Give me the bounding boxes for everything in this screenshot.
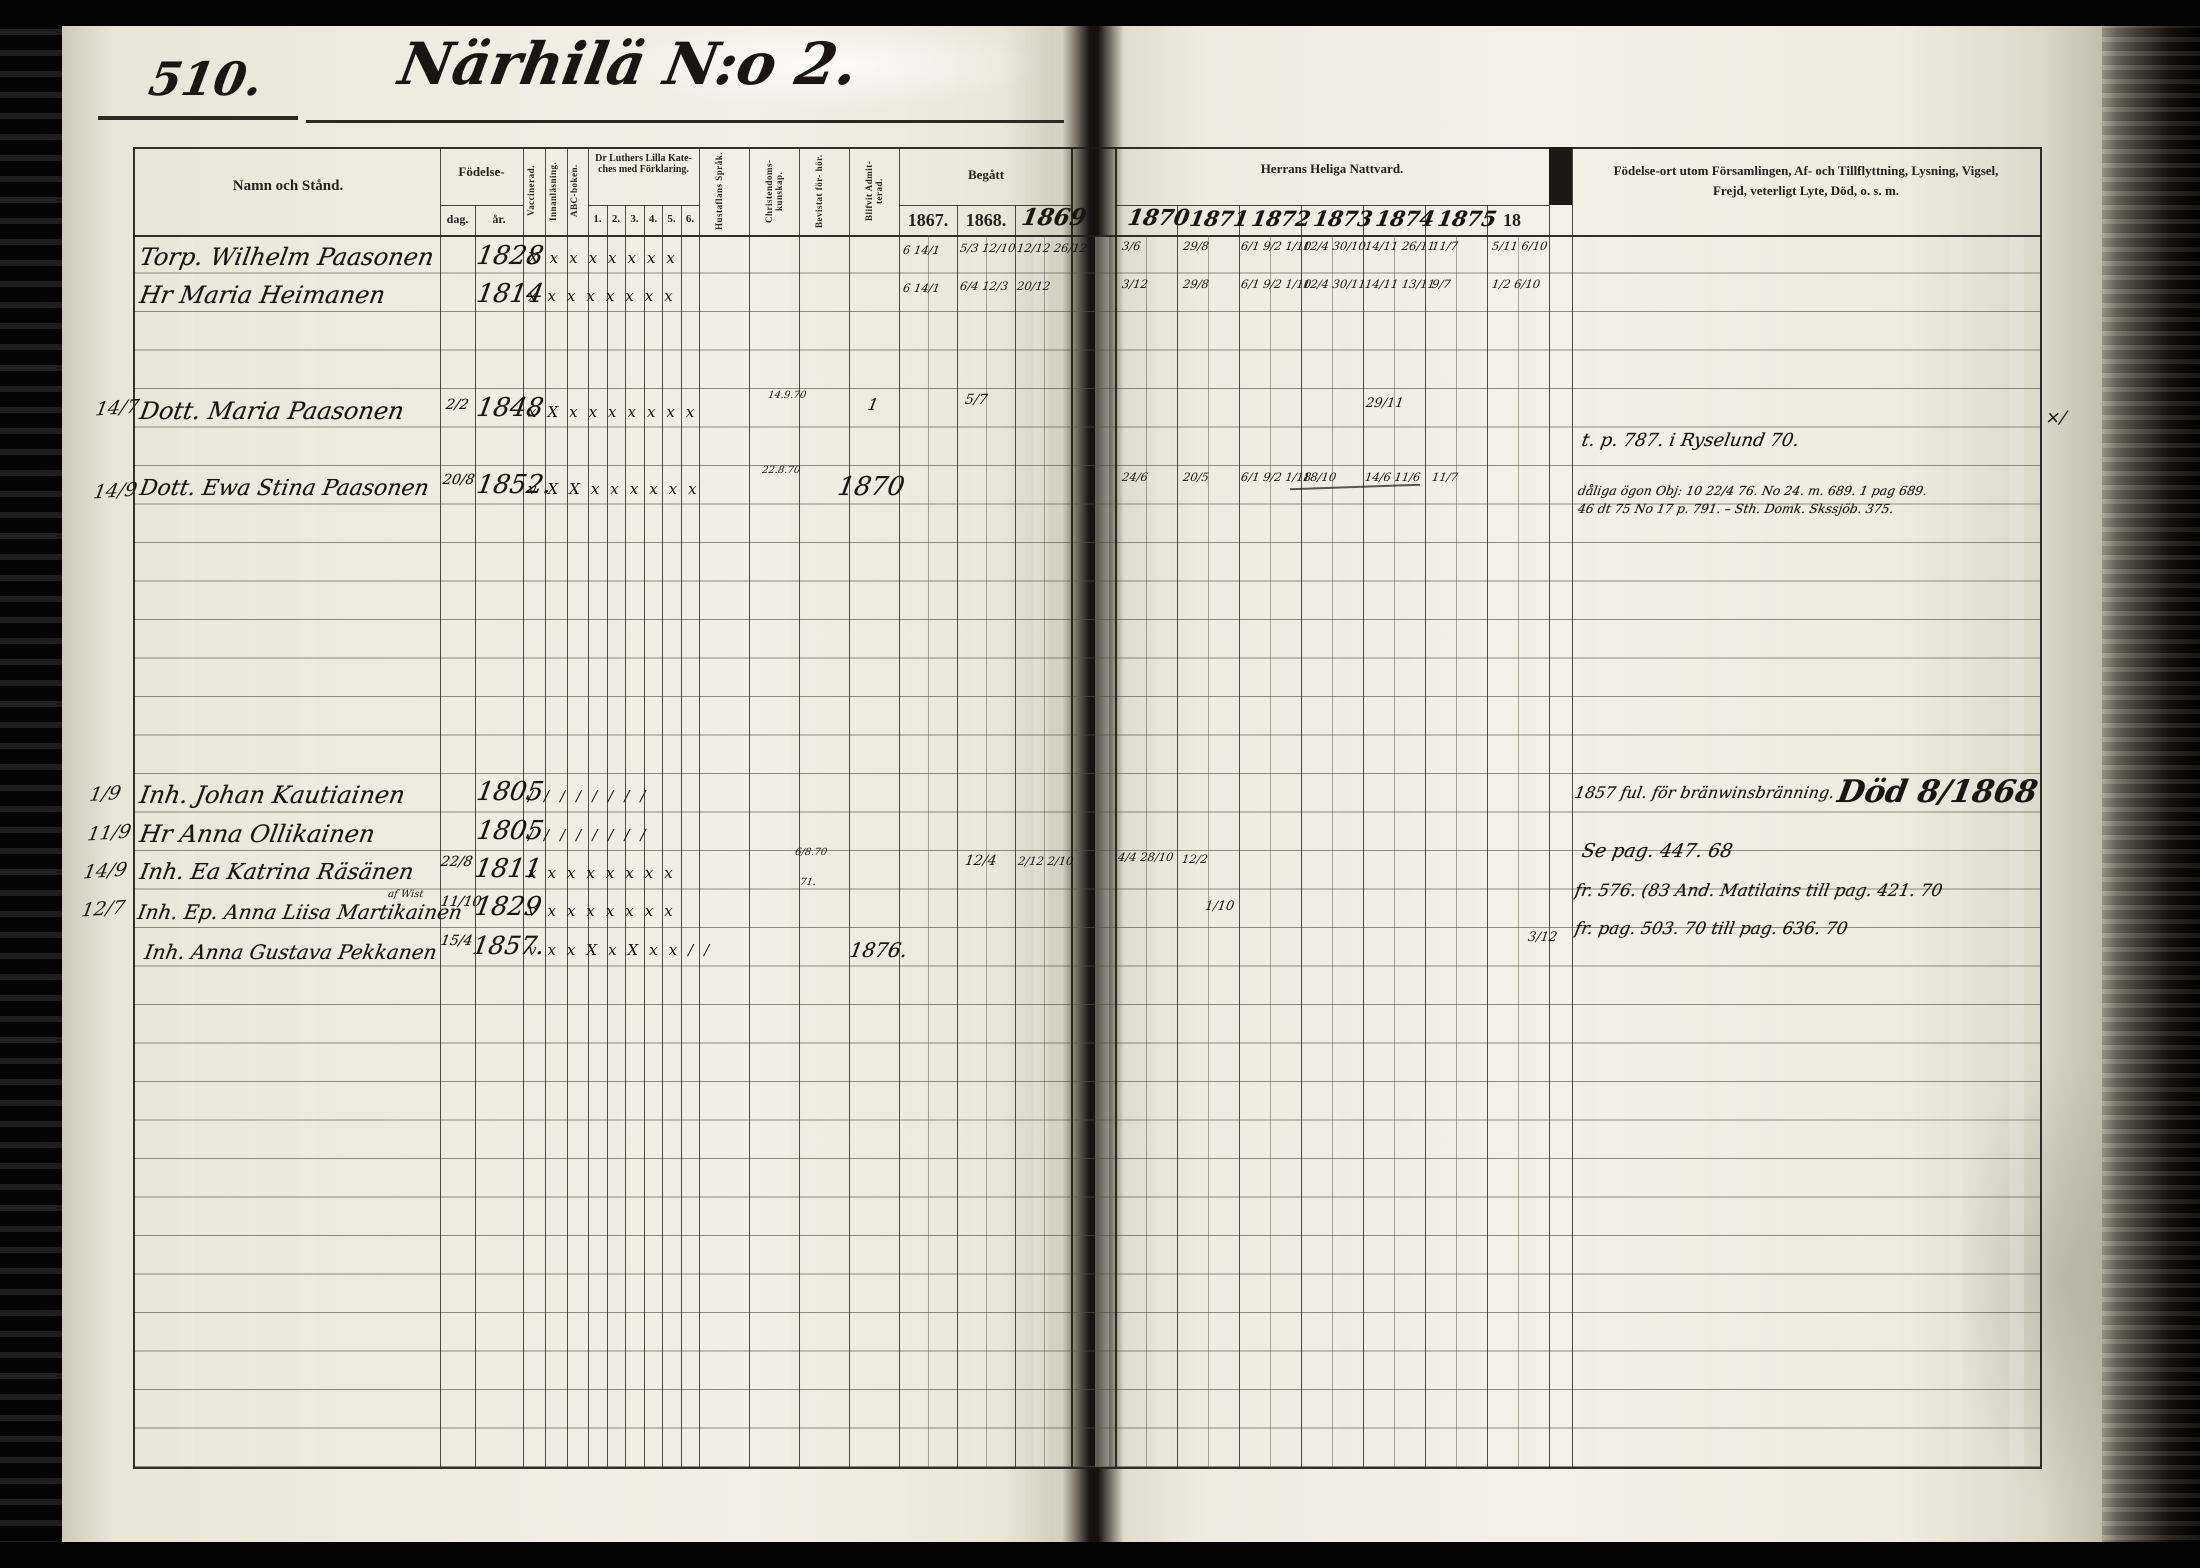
note-anna-ollikainen: Se pag. 447. 68 (1580, 840, 1734, 862)
note-johan: 1857 ful. för bränwinsbränning. (1573, 783, 1836, 802)
notes-column: t. p. 787. i Ryselund 70. dåliga ögon Ob… (0, 0, 2200, 1568)
note-katrina: fr. 576. (83 And. Matilains till pag. 42… (1573, 881, 1944, 901)
page-edge-mark: ×/ (2044, 408, 2068, 428)
note-ewa-line2: 46 dt 75 No 17 p. 791. – Sth. Domk. Skss… (1577, 501, 1895, 516)
note-johan-died: Död 8/1868 (1835, 774, 2041, 810)
scanned-parish-register-page: 510. Närhilä N:o 2. (0, 0, 2200, 1568)
note-ewa-line1: dåliga ögon Obj: 10 22/4 76. No 24. m. 6… (1577, 483, 1929, 498)
note-maria-paasonen: t. p. 787. i Ryselund 70. (1580, 430, 1801, 451)
note-anna-liisa: fr. pag. 503. 70 till pag. 636. 70 (1573, 919, 1849, 939)
